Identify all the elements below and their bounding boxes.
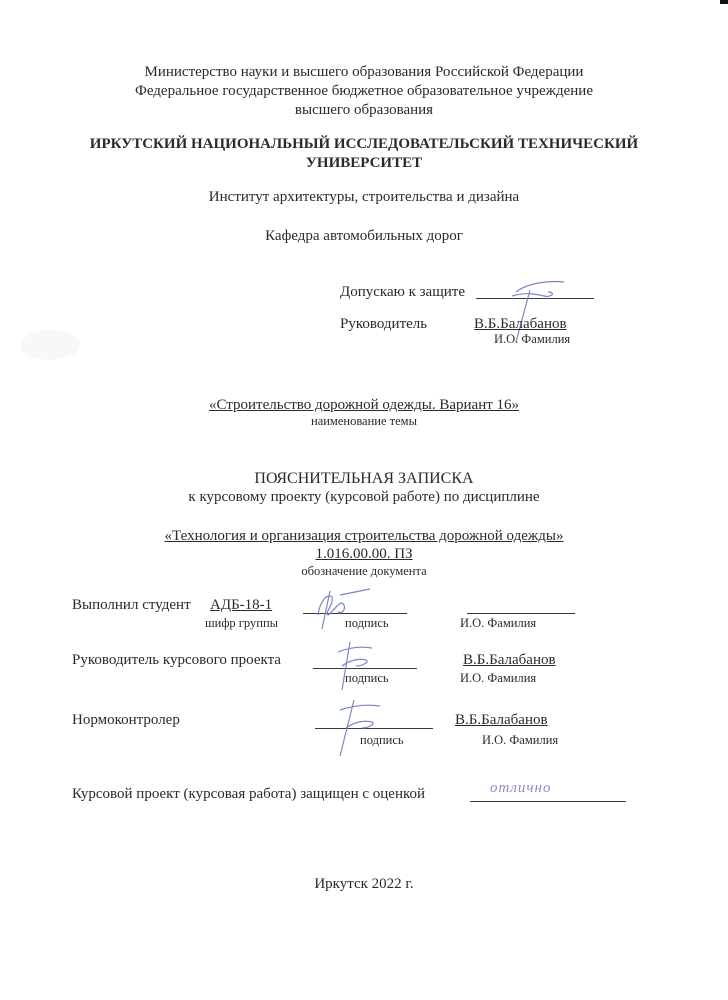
project-supervisor-role-label: Руководитель курсового проекта (72, 652, 281, 669)
topic-caption: наименование темы (0, 414, 728, 429)
student-sign-caption: подпись (345, 616, 389, 631)
institution-type-line: Федеральное государственное бюджетное об… (0, 83, 728, 100)
project-supervisor-name: В.Б.Балабанов (463, 652, 556, 669)
norm-controller-sign-caption: подпись (360, 733, 404, 748)
norm-controller-name: В.Б.Балабанов (455, 712, 548, 729)
document-code-caption: обозначение документа (0, 564, 728, 579)
student-name-caption: И.О. Фамилия (460, 616, 536, 631)
admit-label: Допускаю к защите (340, 284, 465, 301)
scan-corner-mark (720, 0, 728, 4)
discipline-name: «Технология и организация строительства … (0, 528, 728, 545)
norm-controller-signature-icon (324, 696, 394, 760)
ministry-line: Министерство науки и высшего образования… (0, 64, 728, 81)
grade-line (470, 801, 626, 802)
grade-label: Курсовой проект (курсовая работа) защище… (72, 786, 425, 803)
topic-title: «Строительство дорожной одежды. Вариант … (0, 397, 728, 414)
institute-name: Институт архитектуры, строительства и ди… (0, 189, 728, 206)
document-type: ПОЯСНИТЕЛЬНАЯ ЗАПИСКА (0, 470, 728, 488)
supervisor-name-caption: И.О. Фамилия (494, 332, 570, 347)
norm-controller-role-label: Нормоконтролер (72, 712, 180, 729)
university-name-line2: УНИВЕРСИТЕТ (0, 155, 728, 172)
city-year: Иркутск 2022 г. (0, 876, 728, 893)
student-group: АДБ-18-1 (210, 597, 272, 614)
project-supervisor-name-caption: И.О. Фамилия (460, 671, 536, 686)
grade-value: отлично (490, 780, 551, 797)
scan-smudge (20, 330, 80, 360)
document-subtitle: к курсовому проекту (курсовой работе) по… (0, 489, 728, 506)
supervisor-name: В.Б.Балабанов (474, 316, 567, 333)
institution-level-line: высшего образования (0, 102, 728, 119)
project-supervisor-signature-icon (320, 636, 390, 696)
department-name: Кафедра автомобильных дорог (0, 228, 728, 245)
norm-controller-name-caption: И.О. Фамилия (482, 733, 558, 748)
student-role-label: Выполнил студент (72, 597, 191, 614)
document-code: 1.016.00.00. ПЗ (0, 546, 728, 563)
project-supervisor-sign-caption: подпись (345, 671, 389, 686)
group-caption: шифр группы (205, 616, 278, 631)
student-name-line (467, 613, 575, 614)
university-name-line1: ИРКУТСКИЙ НАЦИОНАЛЬНЫЙ ИССЛЕДОВАТЕЛЬСКИЙ… (0, 136, 728, 153)
supervisor-label: Руководитель (340, 316, 427, 333)
